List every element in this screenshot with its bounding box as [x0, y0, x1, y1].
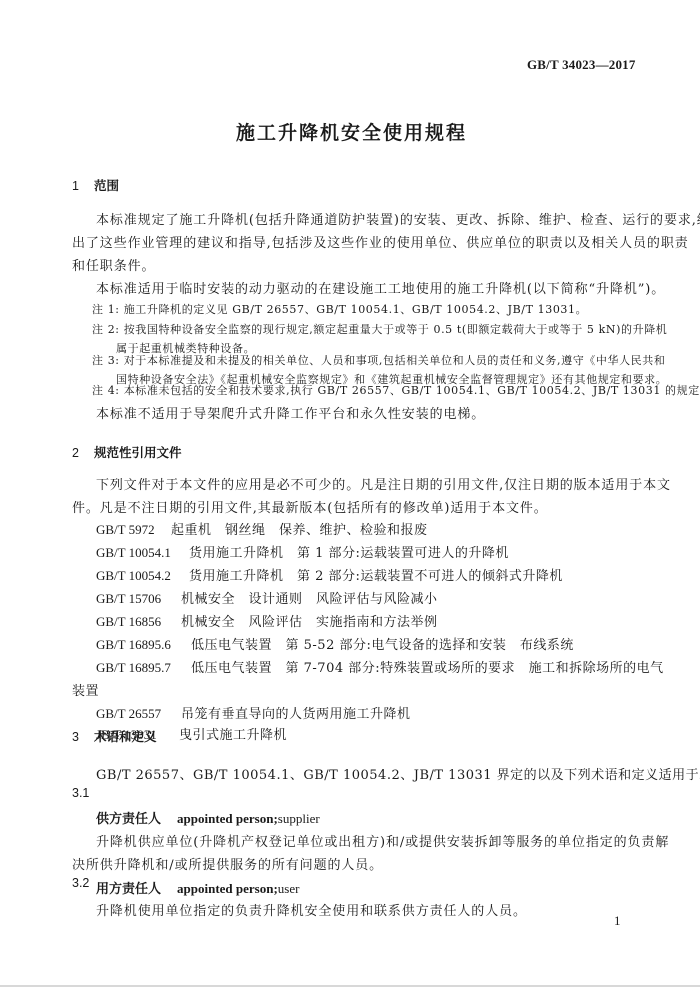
- reference-item: GB/T 10054.1货用施工升降机 第 1 部分:运载装置可进人的升降机: [96, 542, 509, 561]
- term-zh: 供方责任人: [96, 812, 161, 827]
- document-page: GB/T 34023—2017 施工升降机安全使用规程 1范围 本标准规定了施工…: [0, 0, 700, 989]
- reference-title: 吊笼有垂直导向的人货两用施工升降机: [181, 707, 411, 722]
- term-heading: 用方责任人appointed person;user: [96, 878, 299, 897]
- term-en-qualifier: user: [278, 881, 300, 896]
- section-heading-3: 3术语和定义: [72, 727, 157, 745]
- reference-item: GB/T 16856机械安全 风险评估 实施指南和方法举例: [96, 611, 438, 630]
- section-title: 术语和定义: [94, 729, 157, 744]
- reference-title: 货用施工升降机 第 2 部分:运载装置不可进人的倾斜式升降机: [189, 569, 563, 584]
- page-number: 1: [614, 913, 621, 929]
- paragraph-line: 本标准规定了施工升降机(包括升降通道防护装置)的安装、更改、拆除、维护、检查、运…: [96, 209, 700, 228]
- reference-item: GB/T 15706机械安全 设计通则 风险评估与风险减小: [96, 588, 438, 607]
- section-title: 规范性引用文件: [94, 445, 182, 460]
- page-bottom-edge: [0, 985, 700, 987]
- section-number: 2: [72, 446, 94, 460]
- definition-line: 升降机供应单位(升降机产权登记单位或出租方)和/或提供安装拆卸等服务的单位指定的…: [96, 831, 669, 850]
- term-number: 3.2: [72, 876, 89, 890]
- term-en: appointed person;: [177, 881, 278, 896]
- note-1: 注 1: 施工升降机的定义见 GB/T 26557、GB/T 10054.1、G…: [92, 301, 587, 317]
- reference-title: 机械安全 设计通则 风险评估与风险减小: [181, 592, 438, 607]
- term-en: appointed person;: [177, 811, 278, 826]
- reference-code: GB/T 10054.2: [96, 568, 189, 584]
- document-title: 施工升降机安全使用规程: [0, 118, 700, 145]
- paragraph-line: 件。凡是不注日期的引用文件,其最新版本(包括所有的修改单)适用于本文件。: [72, 497, 548, 516]
- term-number: 3.1: [72, 786, 89, 800]
- reference-code: GB/T 15706: [96, 591, 181, 607]
- paragraph-line: 出了这些作业管理的建议和指导,包括涉及这些作业的使用单位、供应单位的职责以及相关…: [72, 232, 689, 251]
- definition-line: 决所供升降机和/或所提供服务的所有问题的人员。: [72, 854, 383, 873]
- reference-title: 低压电气装置 第 7-704 部分:特殊装置或场所的要求 施工和拆除场所的电气: [191, 661, 664, 676]
- reference-code: GB/T 26557: [96, 706, 181, 722]
- term-heading: 供方责任人appointed person;supplier: [96, 808, 320, 827]
- reference-title: 低压电气装置 第 5-52 部分:电气设备的选择和安装 布线系统: [191, 638, 574, 653]
- reference-continuation: 装置: [72, 680, 99, 699]
- reference-item: GB/T 16895.7低压电气装置 第 7-704 部分:特殊装置或场所的要求…: [96, 657, 664, 676]
- reference-title: 机械安全 风险评估 实施指南和方法举例: [181, 615, 438, 630]
- standard-code: GB/T 34023—2017: [527, 57, 636, 73]
- paragraph-line: 本标准适用于临时安装的动力驱动的在建设施工工地使用的施工升降机(以下简称“升降机…: [96, 278, 665, 297]
- term-en-qualifier: supplier: [278, 811, 320, 826]
- section-number: 1: [72, 179, 94, 193]
- reference-title: 货用施工升降机 第 1 部分:运载装置可进人的升降机: [189, 546, 509, 561]
- section-heading-1: 1范围: [72, 176, 119, 194]
- note-2: 注 2: 按我国特种设备安全监察的现行规定,额定起重量大于或等于 0.5 t(即…: [92, 321, 667, 337]
- paragraph-line: 本标准不适用于导架爬升式升降工作平台和永久性安装的电梯。: [96, 403, 485, 422]
- reference-item: GB/T 26557吊笼有垂直导向的人货两用施工升降机: [96, 703, 411, 722]
- section-title: 范围: [94, 178, 119, 193]
- note-4: 注 4: 本标准未包括的安全和技术要求,执行 GB/T 26557、GB/T 1…: [92, 382, 700, 398]
- reference-code: GB/T 16856: [96, 614, 181, 630]
- reference-title: 曳引式施工升降机: [179, 728, 287, 743]
- reference-item: GB/T 10054.2货用施工升降机 第 2 部分:运载装置不可进人的倾斜式升…: [96, 565, 563, 584]
- paragraph-line: 下列文件对于本文件的应用是必不可少的。凡是注日期的引用文件,仅注日期的版本适用于…: [96, 474, 671, 493]
- reference-code: GB/T 16895.7: [96, 660, 191, 676]
- reference-item: GB/T 5972起重机 钢丝绳 保养、维护、检验和报废: [96, 519, 428, 538]
- section-heading-2: 2规范性引用文件: [72, 443, 182, 461]
- definition-line: 升降机使用单位指定的负责升降机安全使用和联系供方责任人的人员。: [96, 900, 527, 919]
- reference-code: GB/T 5972: [96, 522, 171, 538]
- term-zh: 用方责任人: [96, 882, 161, 897]
- reference-item: GB/T 16895.6低压电气装置 第 5-52 部分:电气设备的选择和安装 …: [96, 634, 574, 653]
- note-3: 注 3: 对于本标准提及和未提及的相关单位、人员和事项,包括相关单位和人员的责任…: [92, 352, 666, 368]
- reference-code: GB/T 10054.1: [96, 545, 189, 561]
- paragraph-line: GB/T 26557、GB/T 10054.1、GB/T 10054.2、JB/…: [96, 764, 700, 783]
- reference-code: GB/T 16895.6: [96, 637, 191, 653]
- paragraph-line: 和任职条件。: [72, 255, 155, 274]
- reference-title: 起重机 钢丝绳 保养、维护、检验和报废: [171, 523, 428, 538]
- section-number: 3: [72, 730, 94, 744]
